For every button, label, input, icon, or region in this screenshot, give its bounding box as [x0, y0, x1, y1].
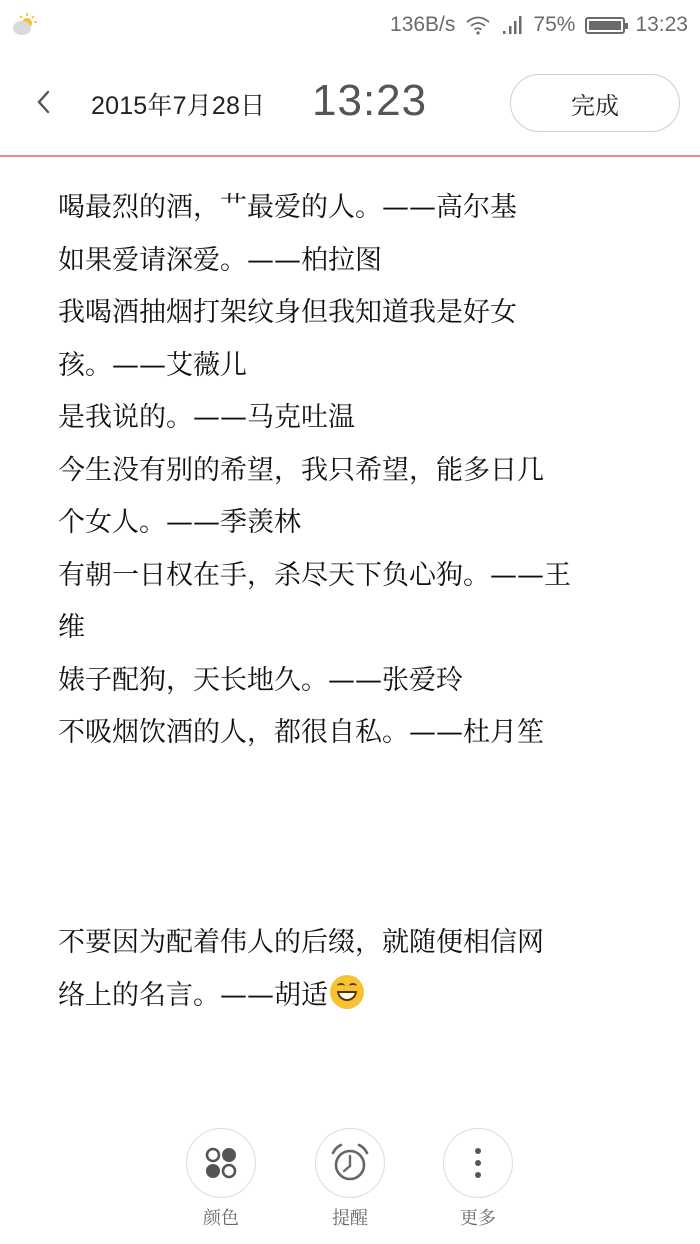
chevron-left-icon[interactable] [28, 82, 58, 122]
blank-line [58, 865, 658, 918]
note-line: 维 [58, 602, 658, 655]
alarm-clock-icon [329, 1142, 371, 1184]
note-time: 13:23 [312, 76, 427, 126]
note-date: 2015年7月28日 [91, 86, 265, 122]
reminder-button[interactable]: 提醒 [313, 1128, 387, 1230]
note-line: 不吸烟饮酒的人，都很自私。——杜月笙 [58, 707, 658, 760]
status-indicators: 136B/s 75% 13:23 [390, 8, 688, 42]
battery-percent: 75% [533, 13, 575, 37]
reminder-label: 提醒 [313, 1204, 387, 1230]
battery-icon [585, 17, 625, 34]
note-body[interactable]: 喝最烈的酒，艹最爱的人。——高尔基 如果爱请深爱。——柏拉图 我喝酒抽烟打架纹身… [58, 182, 658, 1022]
done-button[interactable]: 完成 [510, 74, 680, 132]
signal-icon [501, 15, 523, 35]
note-line: 喝最烈的酒，艹最爱的人。——高尔基 [58, 182, 658, 235]
color-button[interactable]: 颜色 [184, 1128, 258, 1230]
note-line: 有朝一日权在手，杀尽天下负心狗。——王 [58, 550, 658, 603]
partly-cloudy-icon [10, 12, 38, 36]
more-button-circle[interactable] [443, 1128, 513, 1198]
note-header: 2015年7月28日 13:23 完成 [0, 60, 700, 155]
status-bar: 136B/s 75% 13:23 [0, 0, 700, 50]
note-line-last: 络上的名言。——胡适 [58, 970, 658, 1023]
more-label: 更多 [441, 1204, 515, 1230]
note-line: 婊子配狗，天长地久。——张爱玲 [58, 655, 658, 708]
note-line: 不要因为配着伟人的后缀，就随便相信网 [58, 917, 658, 970]
grinning-face-icon [330, 975, 364, 1009]
note-line: 个女人。——季羡林 [58, 497, 658, 550]
status-clock: 13:23 [635, 13, 688, 37]
bottom-toolbar: 颜色 提醒 更多 [0, 1128, 700, 1244]
more-vertical-icon [473, 1146, 483, 1180]
network-speed: 136B/s [390, 13, 455, 37]
header-divider [0, 155, 700, 157]
blank-line [58, 812, 658, 865]
note-line: 如果爱请深爱。——柏拉图 [58, 235, 658, 288]
blank-line [58, 760, 658, 813]
note-line-text: 络上的名言。——胡适 [58, 980, 328, 1011]
note-line: 今生没有别的希望，我只希望，能多日几 [58, 445, 658, 498]
more-button[interactable]: 更多 [441, 1128, 515, 1230]
note-line: 是我说的。——马克吐温 [58, 392, 658, 445]
color-label: 颜色 [184, 1204, 258, 1230]
reminder-button-circle[interactable] [315, 1128, 385, 1198]
color-palette-icon [204, 1146, 238, 1180]
wifi-icon [465, 15, 491, 35]
note-line: 我喝酒抽烟打架纹身但我知道我是好女 [58, 287, 658, 340]
color-button-circle[interactable] [186, 1128, 256, 1198]
note-line: 孩。——艾薇儿 [58, 340, 658, 393]
